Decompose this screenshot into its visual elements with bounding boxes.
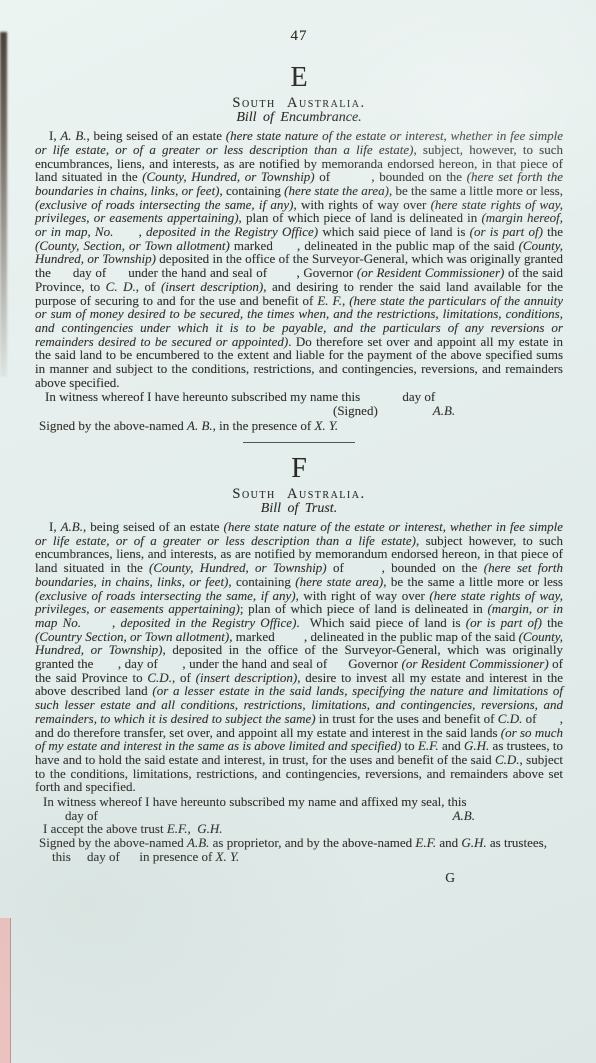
section-f-region-heading: South Australia. [35, 488, 563, 502]
section-e-witness-line: In witness whereof I have hereunto subsc… [35, 390, 563, 404]
section-f-title: Bill of Trust. [35, 502, 563, 516]
page-number: 47 [35, 0, 563, 44]
binding-shadow-edge [0, 32, 7, 377]
section-f: F South Australia. Bill of Trust. I, A.B… [35, 454, 563, 864]
signature-name-ab-f: A.B. [453, 809, 475, 823]
section-e: E South Australia. Bill of Encumbrance. … [35, 63, 563, 433]
section-f-dayof-line: day of A.B. [35, 809, 563, 823]
section-e-signed-line: (Signed) A.B. [35, 404, 563, 418]
section-f-letter: F [35, 454, 563, 484]
scanned-document-page: 47 E South Australia. Bill of Encumbranc… [0, 0, 596, 1063]
section-e-region-heading: South Australia. [35, 97, 563, 111]
section-e-title: Bill of Encumbrance. [35, 111, 563, 125]
section-f-attestation: Signed by the above-named A.B. as propri… [35, 836, 563, 863]
signed-label: (Signed) [333, 404, 378, 418]
signature-name-ab: A.B. [433, 404, 455, 418]
page-edge-pink-strip [0, 918, 11, 1063]
page-content: 47 E South Australia. Bill of Encumbranc… [35, 0, 563, 884]
section-e-attestation: Signed by the above-named A. B., in the … [35, 419, 563, 433]
section-f-witness-line: In witness whereof I have hereunto subsc… [35, 795, 563, 809]
section-e-letter: E [35, 63, 563, 93]
dayof-label: day of [65, 809, 98, 823]
section-e-body-paragraph: I, A. B., being seised of an estate (her… [35, 129, 563, 389]
section-f-accept-line: I accept the above trust E.F., G.H. [35, 822, 563, 836]
section-f-body-paragraph: I, A.B., being seised of an estate (here… [35, 520, 563, 794]
section-divider-rule [243, 442, 355, 443]
catchword-signature-mark: G [35, 871, 563, 885]
